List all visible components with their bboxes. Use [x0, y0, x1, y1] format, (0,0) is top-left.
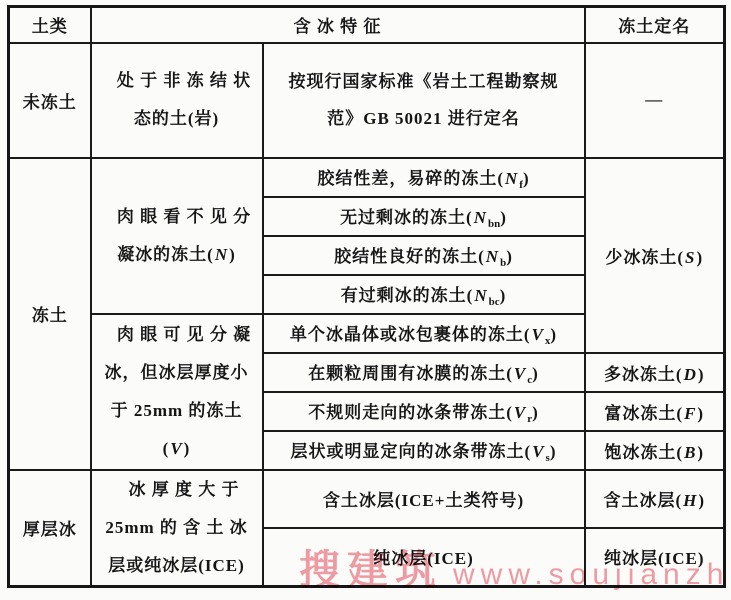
cell-unfrozen-naming-dash: — [585, 43, 725, 158]
table-header-row: 土类 含 冰 特 征 冻土定名 [9, 7, 725, 43]
cell-visible-ice-condition: 肉 眼 可 见 分 凝 冰，但冰层厚度小 于 25mm 的冻土 (V) [91, 314, 263, 470]
cell-feature-vc: 在颗粒周围有冰膜的冻土(Vc) [263, 353, 585, 392]
cell-feature-nf: 胶结性差，易碎的冻土(Nf) [263, 158, 585, 197]
frozen-soil-classification-table: 土类 含 冰 特 征 冻土定名 未冻土 处 于 非 冻 结 状 态的土(岩) 按… [7, 5, 726, 588]
cell-naming-s: 少冰冻土(S) [585, 158, 725, 353]
cell-feature-vs: 层状或明显定向的冰条带冻土(Vs) [263, 431, 585, 470]
cell-thick-ice-condition: 冰 厚 度 大 于 25mm 的 含 土 冰 层或纯冰层(ICE) [91, 470, 263, 587]
cell-feature-vr: 不规则走向的冰条带冻土(Vr) [263, 392, 585, 431]
header-cell-naming: 冻土定名 [585, 7, 725, 43]
table-row: 冻土 肉 眼 看 不 见 分 凝冰的冻土(N) 胶结性差，易碎的冻土(Nf) 少… [9, 158, 725, 197]
table-row: 厚层冰 冰 厚 度 大 于 25mm 的 含 土 冰 层或纯冰层(ICE) 含土… [9, 470, 725, 528]
header-cell-soil-type: 土类 [9, 7, 91, 43]
cell-feature-vx: 单个冰晶体或冰包裹体的冻土(Vx) [263, 314, 585, 353]
cell-frozen-soil-type: 冻土 [9, 158, 91, 470]
cell-thick-ice-soil-type: 厚层冰 [9, 470, 91, 587]
cell-unfrozen-feature: 按现行国家标准《岩土工程勘察规 范》GB 50021 进行定名 [263, 43, 585, 158]
cell-feature-nbc: 有过剩冰的冻土(Nbc) [263, 275, 585, 314]
cell-feature-pure-ice-layer: 纯冰层(ICE) [263, 528, 585, 586]
scanned-document-page: 土类 含 冰 特 征 冻土定名 未冻土 处 于 非 冻 结 状 态的土(岩) 按… [0, 0, 731, 600]
cell-naming-pure-ice: 纯冰层(ICE) [585, 528, 725, 586]
cell-feature-soil-ice-layer: 含土冰层(ICE+土类符号) [263, 470, 585, 528]
cell-naming-f: 富冰冻土(F) [585, 392, 725, 431]
cell-unfrozen-condition: 处 于 非 冻 结 状 态的土(岩) [91, 43, 263, 158]
table-row: 未冻土 处 于 非 冻 结 状 态的土(岩) 按现行国家标准《岩土工程勘察规 范… [9, 43, 725, 158]
cell-naming-d: 多冰冻土(D) [585, 353, 725, 392]
cell-invisible-ice-condition: 肉 眼 看 不 见 分 凝冰的冻土(N) [91, 158, 263, 314]
cell-feature-nbn: 无过剩冰的冻土(Nbn) [263, 197, 585, 236]
cell-naming-h: 含土冰层(H) [585, 470, 725, 528]
cell-feature-nb: 胶结性良好的冻土(Nb) [263, 236, 585, 275]
cell-unfrozen-soil-type: 未冻土 [9, 43, 91, 158]
cell-naming-b: 饱冰冻土(B) [585, 431, 725, 470]
header-cell-ice-feature: 含 冰 特 征 [91, 7, 585, 43]
